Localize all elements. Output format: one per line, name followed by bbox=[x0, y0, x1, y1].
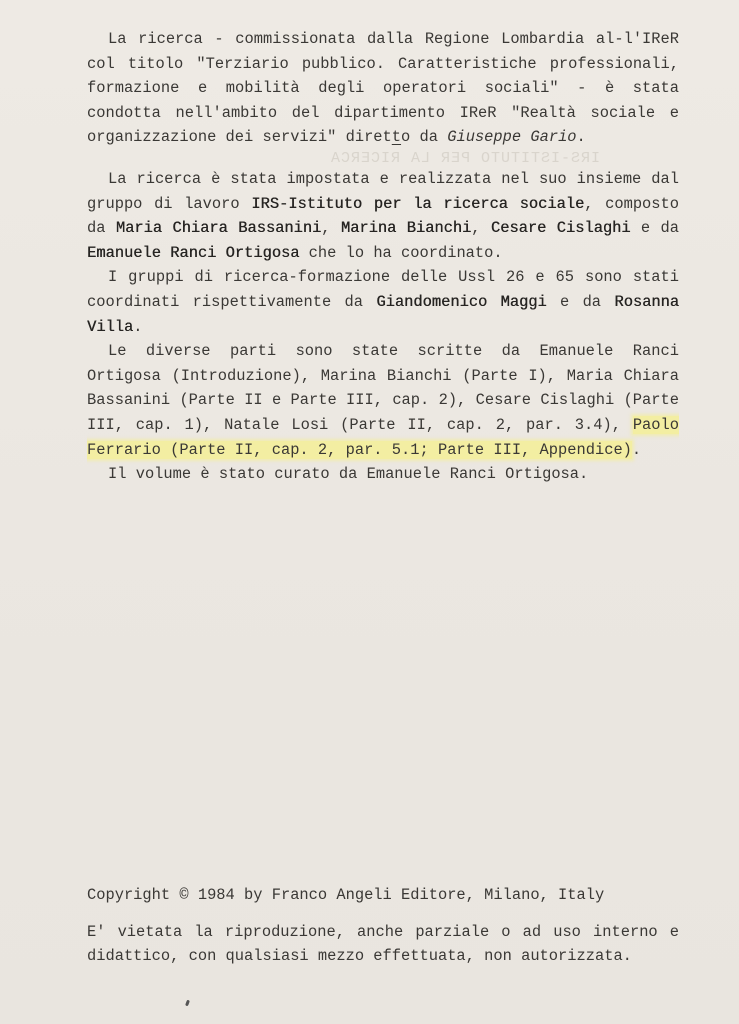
paragraph-text: che lo ha coordinato. bbox=[299, 244, 502, 262]
paragraph-text: . bbox=[632, 441, 641, 459]
credits-body: La ricerca - commissionata dalla Regione… bbox=[87, 27, 679, 487]
paper-speck bbox=[185, 1000, 190, 1007]
paragraph-text: Il volume è stato curato da Emanuele Ran… bbox=[108, 465, 588, 483]
paragraph-authorship: Le diverse parti sono state scritte da E… bbox=[87, 339, 679, 462]
reproduction-notice: E' vietata la riproduzione, anche parzia… bbox=[87, 920, 679, 969]
paragraph-text: e da bbox=[631, 219, 679, 237]
director-name: Giuseppe Gario bbox=[447, 128, 576, 146]
paragraph-editor: Il volume è stato curato da Emanuele Ran… bbox=[87, 462, 679, 487]
paragraph-text: . bbox=[577, 128, 586, 146]
paragraph-text: , bbox=[321, 219, 341, 237]
team-member-name: Emanuele Ranci Ortigosa bbox=[87, 244, 299, 262]
paragraph-text: e da bbox=[547, 293, 615, 311]
team-member-name: Maria Chiara Bassanini bbox=[116, 219, 321, 237]
paragraph-text: , bbox=[471, 219, 491, 237]
paragraph-text: La ricerca - commissionata dalla Regione… bbox=[87, 30, 679, 146]
hyphenation-mark: t bbox=[392, 128, 401, 146]
institute-name: IRS-Istituto per la ricerca sociale bbox=[251, 195, 584, 213]
paragraph-text: Le diverse parti sono state scritte da E… bbox=[87, 342, 679, 434]
document-page: IRS-ISTITUTO PER LA RICERCA La ricerca -… bbox=[0, 0, 739, 1024]
paragraph-text: o da bbox=[401, 128, 447, 146]
coordinator-name: Giandomenico Maggi bbox=[376, 293, 546, 311]
copyright-footer: Copyright © 1984 by Franco Angeli Editor… bbox=[87, 883, 679, 969]
copyright-notice: Copyright © 1984 by Franco Angeli Editor… bbox=[87, 883, 679, 908]
team-member-name: Cesare Cislaghi bbox=[491, 219, 631, 237]
paragraph-coordinators: I gruppi di ricerca-formazione delle Uss… bbox=[87, 265, 679, 339]
paragraph-text: . bbox=[133, 318, 142, 336]
team-member-name: Marina Bianchi bbox=[341, 219, 471, 237]
paragraph-research-team: La ricerca è stata impostata e realizzat… bbox=[87, 167, 679, 265]
paragraph-research-commission: La ricerca - commissionata dalla Regione… bbox=[87, 27, 679, 150]
